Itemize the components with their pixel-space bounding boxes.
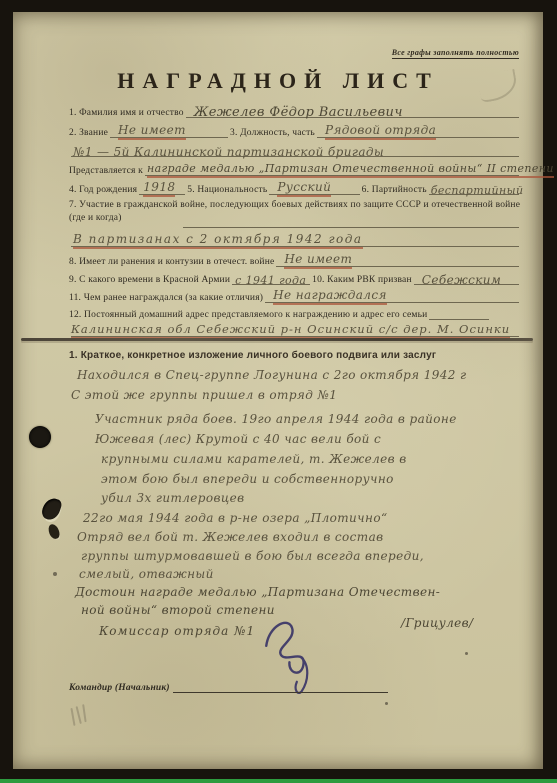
commander-row: Командир (Начальник) [69, 680, 388, 693]
field-prev-awards-label: 11. Чем ранее награждался (за какие отли… [69, 293, 263, 303]
field-address-label-row: 12. Постоянный домашний адрес представля… [69, 306, 521, 320]
field-army-rvk-row: 9. С какого времени в Красной Армии с 19… [69, 271, 521, 285]
merit-line: С этой же группы пришел в отряд №1 [71, 388, 523, 402]
field-rank-unit-row: 2. Звание Не имеет 3. Должность, часть Р… [69, 124, 521, 138]
field-unit-label: 3. Должность, часть [230, 128, 315, 138]
commander-label: Командир (Начальник) [69, 683, 170, 693]
merit-line: крупными силами карателей, т. Жежелев в [101, 452, 523, 466]
merit-line: смелый, отважный [79, 567, 523, 581]
field-name-value: Жежелев Фёдор Васильевич [194, 105, 403, 120]
field-unit-value2: №1 — 5й Калининской партизанской бригады [73, 145, 384, 159]
commander-blank-line [173, 680, 388, 693]
merit-line: Находился в Спец-группе Логунина с 2го о… [77, 368, 523, 382]
field-unit-line: Рядовой отряда [317, 124, 519, 138]
field-rank-line: Не имеет [110, 124, 228, 138]
field-name-label: 1. Фамилия имя и отчество [69, 108, 184, 118]
paper-tear [48, 523, 61, 540]
merit-line: убил 3х гитлеровцев [101, 491, 523, 505]
field-wounds-row: 8. Имеет ли ранения и контузии в отечест… [69, 253, 521, 267]
field-rank-label: 2. Звание [69, 128, 108, 138]
field-address-line: Калининская обл Себежский р-н Осинский с… [71, 323, 519, 337]
merit-line: Участник ряда боев. 19го апреля 1944 год… [95, 412, 523, 426]
field-wounds-label: 8. Имеет ли ранения и контузии в отечест… [69, 257, 274, 267]
field-army-since-value: с 1941 года [235, 274, 306, 287]
field-nationality-label: 5. Национальность [187, 185, 267, 195]
field-rvk-value: Себежским [422, 273, 502, 287]
pencil-mark [68, 704, 89, 728]
commissar-title: Комиссар отряда №1 [99, 624, 255, 638]
field-address-value-row: Калининская обл Себежский р-н Осинский с… [69, 323, 521, 337]
field-address-label: 12. Постоянный домашний адрес представля… [69, 310, 427, 320]
merit-line: Отряд вел бой т. Жежелев входил в состав [77, 530, 523, 544]
field-party-label: 6. Партийность [362, 185, 427, 195]
field-birth-nation-party-row: 4. Год рождения 1918 5. Национальность Р… [69, 181, 521, 195]
merit-section-heading: 1. Краткое, конкретное изложение личного… [69, 350, 436, 361]
field-prev-awards-row: 11. Чем ранее награждался (за какие отли… [69, 289, 521, 303]
merit-line: группы штурмовавшей в бою был всегда впе… [81, 549, 523, 563]
field-unit-row2: №1 — 5й Калининской партизанской бригады [69, 143, 521, 157]
field-rvk-label: 10. Каким РВК призван [312, 275, 412, 285]
merit-line: этом бою был впереди и собственноручно [101, 472, 523, 486]
field-participation-value: В партизанах с 2 октября 1942 года [73, 232, 363, 249]
field-birthyear-line: 1918 [139, 181, 185, 195]
field-address-value: Калининская обл Себежский р-н Осинский с… [71, 322, 510, 339]
award-sheet-page: Все графы заполнять полностью НАГРАДНОЙ … [13, 12, 543, 769]
page-title: НАГРАДНОЙ ЛИСТ [13, 68, 543, 94]
field-unit-line2: №1 — 5й Калининской партизанской бригады [71, 143, 519, 157]
scan-edge-strip [0, 779, 557, 783]
field-unit-value: Рядовой отряда [325, 123, 436, 140]
field-nationality-line: Русский [269, 181, 359, 195]
field-participation-line: В партизанах с 2 октября 1942 года [71, 233, 519, 247]
field-birthyear-label: 4. Год рождения [69, 185, 137, 195]
merit-line: Южевая (лес) Крутой с 40 час вели бой с [95, 432, 523, 446]
paper-tear [40, 496, 63, 522]
field-name-row: 1. Фамилия имя и отчество Жежелев Фёдор … [69, 104, 521, 118]
field-participation-value-row: В партизанах с 2 октября 1942 года [69, 233, 521, 247]
scanned-award-document: { "colors": { "paper": "#cfc8a5", "scan_… [0, 0, 557, 783]
field-participation-line-tail [181, 214, 521, 228]
field-presented-value: награде медалью „Партизан Отечественной … [147, 162, 554, 178]
field-presented-line: награде медалью „Партизан Отечественной … [145, 162, 519, 176]
section-divider [21, 338, 533, 341]
field-army-since-label: 9. С какого времени в Красной Армии [69, 275, 230, 285]
field-name-line: Жежелев Фёдор Васильевич [186, 104, 519, 118]
field-presented-row: Представляется к награде медалью „Партиз… [69, 162, 521, 176]
field-nationality-value: Русский [277, 180, 331, 197]
field-prev-awards-line: Не награждался [265, 289, 519, 303]
merit-line: Достоин награде медалью „Партизана Отече… [75, 585, 523, 599]
field-rvk-line: Себежским [414, 271, 519, 285]
field-wounds-line: Не имеет [276, 253, 519, 267]
merit-line: 22го мая 1944 года в р-не озера „Плотичн… [83, 511, 523, 525]
field-rank-value: Не имеет [118, 123, 186, 140]
field-party-value: беспартийный [431, 184, 524, 197]
field-presented-label: Представляется к [69, 166, 143, 176]
commissar-surname: /Грицулев/ [401, 616, 474, 630]
field-party-line: беспартийный [429, 181, 519, 195]
field-birthyear-value: 1918 [143, 180, 175, 197]
field-army-since-line: с 1941 года [232, 271, 310, 285]
field-wounds-value: Не имеет [284, 252, 352, 269]
hole-punch [29, 426, 51, 448]
field-prev-awards-value: Не награждался [273, 288, 387, 305]
fill-all-fields-note: Все графы заполнять полностью [392, 48, 519, 59]
